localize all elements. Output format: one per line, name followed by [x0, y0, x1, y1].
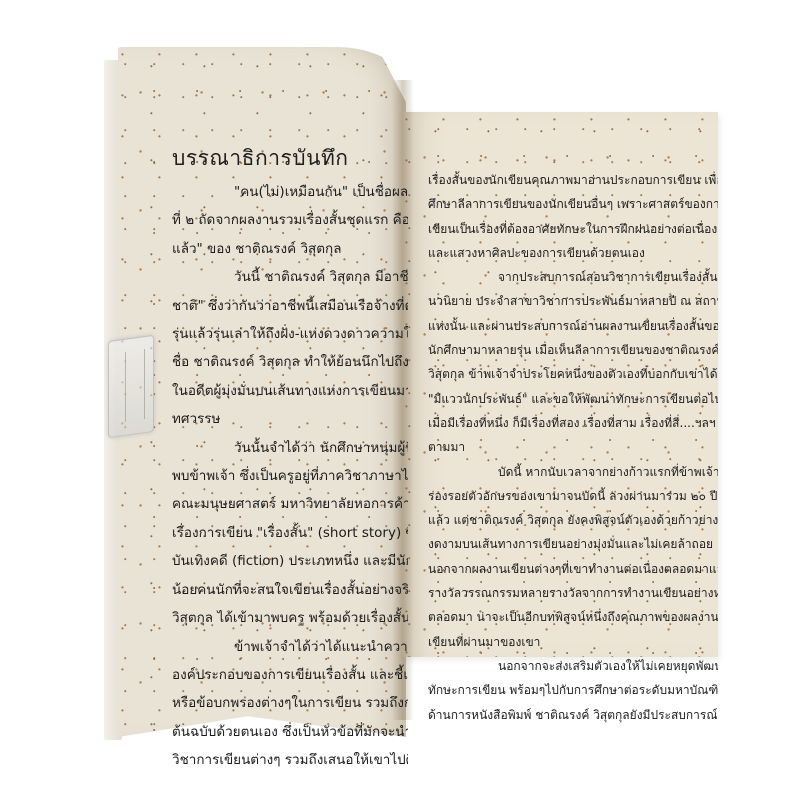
- text-line: วันนั้นจำได้ว่า นักศึกษาหนุ่มผู้นี้ได้มา…: [172, 434, 408, 462]
- text-line: เมื่อมีเรื่องที่หนึ่ง ก็มีเรื่องที่สอง เ…: [428, 411, 718, 435]
- text-line: วันนี้ ชาติณรงค์ วิสุตกุล มีอาชีพเป็น "พ…: [172, 263, 408, 291]
- text-line: จากประสบการณ์สอนวิชาการเขียนเรื่องสั้นแล…: [428, 265, 718, 289]
- text-line: บันเทิงคดี (fiction) ประเภทหนึ่ง และมีนั…: [172, 547, 408, 575]
- text-line: "คน(ไม่)เหมือนกัน" เป็นชื่อผลงานรวมเรื่อ…: [172, 178, 408, 206]
- text-line: ที่ ๒ ถัดจากผลงานรวมเรื่องสั้นชุดแรก คือ…: [172, 206, 408, 234]
- text-line: องค์ประกอบของการเขียนเรื่องสั้น และชี้แน…: [172, 661, 408, 689]
- right-page-body: เรื่องสั้นของนักเขียนคุณภาพมาอ่านประกอบก…: [428, 168, 718, 727]
- text-line: บัดนี้ หากนับเวลาจากย่างก้าวแรกที่ข้าพเจ…: [428, 460, 718, 484]
- text-line: เขียนที่ผ่านมาของเขา: [428, 630, 718, 654]
- text-line: นวนิยาย ประจำสาขาวิชาการประพันธ์มาหลายปี…: [428, 289, 718, 313]
- text-line: ในอดีตผู้มุ่งมั่นบนเส้นทางแห่งการเขียนมา…: [172, 377, 408, 405]
- text-line: แห่งนั้น และผ่านประสบการณ์อ่านผลงานเขียน…: [428, 314, 718, 338]
- text-line: ทศวรรษ: [172, 405, 408, 433]
- left-page-body: "คน(ไม่)เหมือนกัน" เป็นชื่อผลงานรวมเรื่อ…: [172, 178, 408, 775]
- text-line: ชาติ" ซึ่งว่ากันว่าอาชีพนี้เสมือนเรือจ้า…: [172, 292, 408, 320]
- text-line: ทักษะการเขียน พร้อมๆไปกับการศึกษาต่อระดั…: [428, 678, 718, 702]
- page-clip: [108, 335, 154, 438]
- text-line: งดงามบนเส้นทางการเขียนอย่างมุ่งมั่นและไม…: [428, 532, 718, 556]
- text-line: ข้าพเจ้าจำได้ว่าได้แนะนำความรู้พื้นฐาน: [172, 633, 408, 661]
- text-line: แล้ว" ของ ชาติณรงค์ วิสุตกุล: [172, 235, 408, 263]
- text-line: นอกจากจะส่งเสริมตัวเองให้ไม่เคยหยุดพัฒนา: [428, 654, 718, 678]
- text-line: คณะมนุษยศาสตร์ มหาวิทยาลัยหอการค้าไทย เพ…: [172, 490, 408, 518]
- text-line: เขียนเป็นเรื่องที่ต้องอาศัยทักษะในการฝึก…: [428, 217, 718, 241]
- text-line: ต้นฉบับด้วยตนเอง ซึ่งเป็นหัวข้อที่มักจะน…: [172, 718, 408, 746]
- text-line: และแสวงหาศิลปะของการเขียนด้วยตนเอง: [428, 241, 718, 265]
- text-line: วิสุตกุล ข้าพเจ้าจำประโยคหนึ่งของตัวเองท…: [428, 362, 718, 386]
- text-line: นอกจากผลงานเขียนต่างๆที่เขาทำงานต่อเนื่อ…: [428, 557, 718, 581]
- text-line: เรื่องการเขียน "เรื่องสั้น" (short story…: [172, 519, 408, 547]
- text-line: หรือข้อบกพร่องต่างๆในการเขียน รวมถึงการแ…: [172, 689, 408, 717]
- text-line: ชื่อ ชาติณรงค์ วิสุตกุล ทำให้ย้อนนึกไปถึ…: [172, 348, 408, 376]
- text-line: พบข้าพเจ้า ซึ่งเป็นครูอยู่ที่ภาควิชาภาษา…: [172, 462, 408, 490]
- text-line: ร่องรอยตัวอักษรของเขามาจนบัดนี้ ล่วงผ่าน…: [428, 484, 718, 508]
- text-line: รุ่นแล้วรุ่นเล่าให้ถึงฝั่ง-แห่งดวงดาวควา…: [172, 320, 408, 348]
- text-line: เรื่องสั้นของนักเขียนคุณภาพมาอ่านประกอบก…: [428, 168, 718, 192]
- text-line: นักศึกษามาหลายรุ่น เมื่อเห็นลีลาการเขียน…: [428, 338, 718, 362]
- text-line: วิชาการเขียนต่างๆ รวมถึงเสนอให้เขาไปศึกษ…: [172, 746, 408, 774]
- text-line: ด้านการหนังสือพิมพ์ ชาติณรงค์ วิสุตกุลยั…: [428, 703, 718, 727]
- page-clip-inner: [125, 349, 145, 422]
- text-line: รางวัลวรรณกรรมหลายรางวัลจากการทำงานเขียน…: [428, 581, 718, 605]
- text-line: "มีแววนักประพันธ์" และขอให้พัฒนาทักษะการ…: [428, 387, 718, 411]
- text-line: แล้ว แต่ชาติณรงค์ วิสุตกุล ยังคงพิสูจน์ต…: [428, 508, 718, 532]
- text-line: ศึกษาลีลาการเขียนของนักเขียนอื่นๆ เพราะศ…: [428, 192, 718, 216]
- text-line: ตามมา: [428, 435, 718, 459]
- text-line: ตลอดมา น่าจะเป็นอีกบทพิสูจน์หนึ่งถึงคุณภ…: [428, 605, 718, 629]
- page-title: บรรณาธิการบันทึก: [172, 142, 349, 175]
- text-line: น้อยคนนักที่จะสนใจเขียนเรื่องสั้นอย่างจร…: [172, 576, 408, 604]
- text-line: วิสุตกุล ได้เข้ามาพบครู พร้อมด้วยเรื่องส…: [172, 604, 408, 632]
